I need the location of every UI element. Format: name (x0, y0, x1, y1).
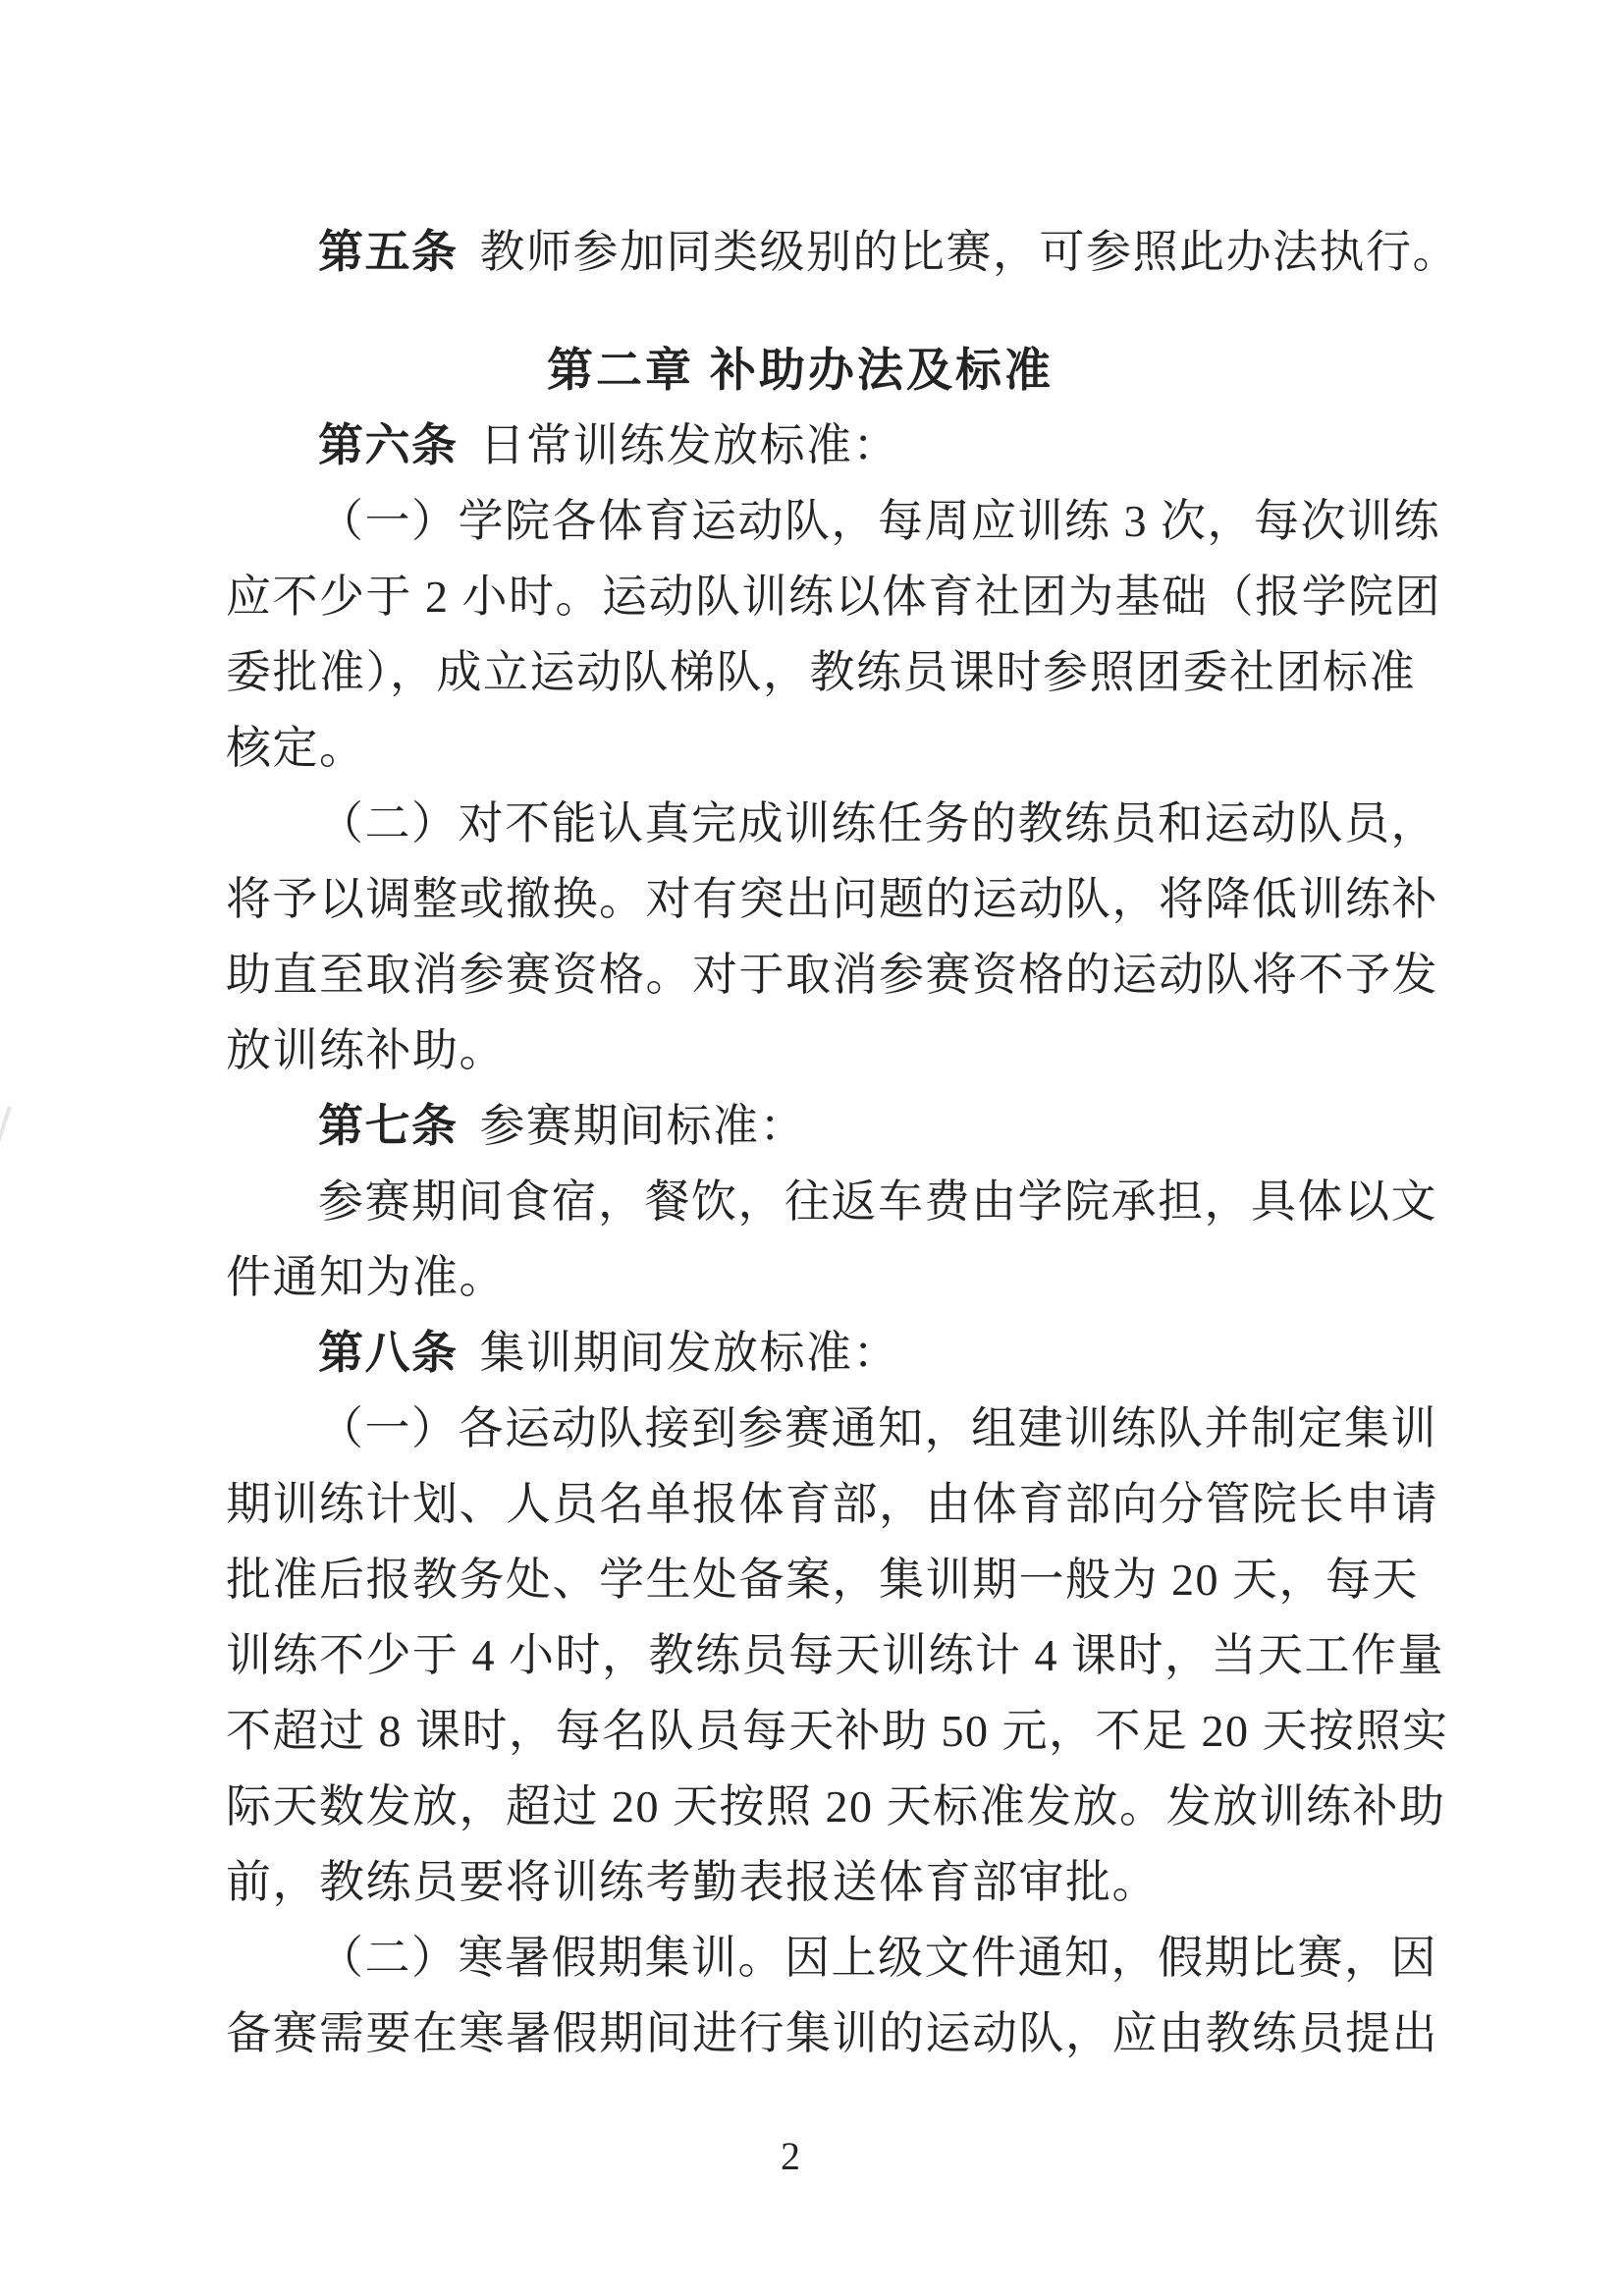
scan-artifact-mark (0, 1106, 12, 1142)
text-line: 际天数发放，超过 20 天按照 20 天标准发放。发放训练补助 (226, 1769, 1375, 1844)
text-line-article-6: 第六条日常训练发放标准： (226, 408, 1375, 483)
document-body: 第五条教师参加同类级别的比赛，可参照此办法执行。 第二章 补助办法及标准 第六条… (226, 214, 1375, 2071)
article-number: 第八条 (318, 1328, 459, 1378)
document-page: 第五条教师参加同类级别的比赛，可参照此办法执行。 第二章 补助办法及标准 第六条… (0, 0, 1623, 2296)
text-line: 不超过 8 课时，每名队员每天补助 50 元，不足 20 天按照实 (226, 1693, 1375, 1769)
text-line: 助直至取消参赛资格。对于取消参赛资格的运动队将不予发 (226, 937, 1375, 1012)
text-line-article-7: 第七条参赛期间标准： (226, 1088, 1375, 1164)
text-line: （一）学院各体育运动队，每周应训练 3 次，每次训练 (226, 483, 1375, 559)
text-line: 期训练计划、人员名单报体育部，由体育部向分管院长申请 (226, 1466, 1375, 1542)
text-line: 参赛期间食宿，餐饮，往返车费由学院承担，具体以文 (226, 1164, 1375, 1239)
text-line: （一）各运动队接到参赛通知，组建训练队并制定集训 (226, 1391, 1375, 1466)
line-text: 参赛期间标准： (480, 1101, 807, 1151)
text-line: 核定。 (226, 710, 1375, 786)
article-number: 第六条 (318, 420, 459, 470)
line-text: 集训期间发放标准： (480, 1328, 900, 1378)
text-line: 备赛需要在寒暑假期间进行集训的运动队，应由教练员提出 (226, 1995, 1375, 2071)
chapter-heading: 第二章 补助办法及标准 (226, 332, 1375, 408)
text-line-article-8: 第八条集训期间发放标准： (226, 1315, 1375, 1391)
line-text: 教师参加同类级别的比赛，可参照此办法执行。 (480, 227, 1460, 277)
text-line-article-5: 第五条教师参加同类级别的比赛，可参照此办法执行。 (226, 214, 1375, 290)
text-line: 批准后报教务处、学生处备案，集训期一般为 20 天，每天 (226, 1542, 1375, 1617)
text-line: 应不少于 2 小时。运动队训练以体育社团为基础（报学院团 (226, 559, 1375, 634)
text-line: 训练不少于 4 小时，教练员每天训练计 4 课时，当天工作量 (226, 1617, 1375, 1693)
text-line: 将予以调整或撤换。对有突出问题的运动队，将降低训练补 (226, 861, 1375, 937)
text-line: （二）对不能认真完成训练任务的教练员和运动队员， (226, 786, 1375, 861)
article-number: 第五条 (318, 227, 459, 277)
article-number: 第七条 (318, 1101, 459, 1151)
text-line: （二）寒暑假期集训。因上级文件通知，假期比赛，因 (226, 1920, 1375, 1995)
line-text: 日常训练发放标准： (480, 420, 900, 470)
text-line: 委批准），成立运动队梯队，教练员课时参照团委社团标准 (226, 634, 1375, 710)
text-line: 件通知为准。 (226, 1239, 1375, 1315)
text-line: 前，教练员要将训练考勤表报送体育部审批。 (226, 1844, 1375, 1920)
text-line: 放训练补助。 (226, 1012, 1375, 1088)
page-number: 2 (226, 2133, 1355, 2180)
